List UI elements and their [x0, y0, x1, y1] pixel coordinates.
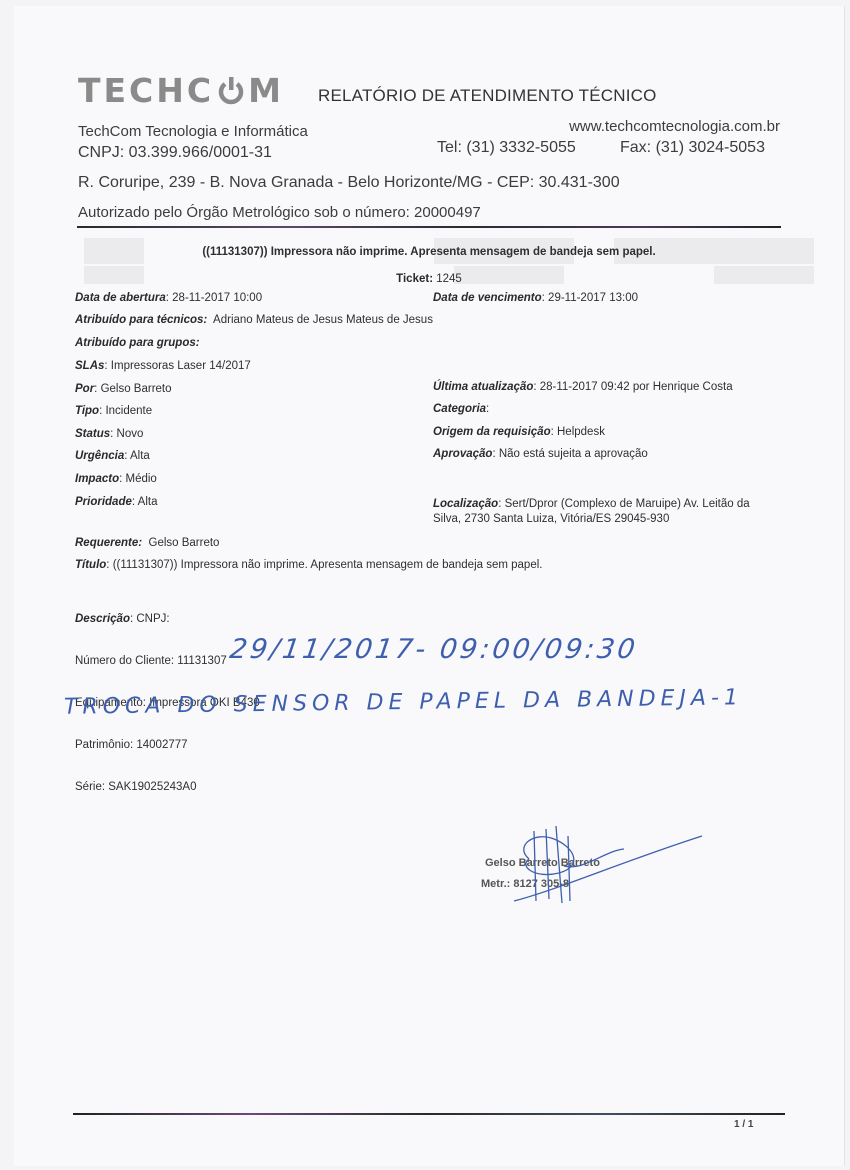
field-slas: SLAs: Impressoras Laser 14/2017 [75, 360, 251, 372]
field-label: Impacto [75, 473, 119, 485]
scanned-report-page: TECHC M RELATÓRIO DE ATENDIMENTO TÉCNICO… [14, 6, 844, 1166]
field-opening-date: Data de abertura: 28-11-2017 10:00 [75, 292, 262, 304]
company-website: www.techcomtecnologia.com.br [569, 118, 780, 135]
field-label: Por [75, 383, 94, 395]
description-line: Série: SAK19025243A0 [75, 780, 260, 794]
handwritten-signature-icon [474, 821, 704, 911]
field-label: Data de abertura [75, 292, 166, 304]
ticket-title: ((11131307)) Impressora não imprime. Apr… [14, 246, 844, 258]
header-divider [77, 226, 781, 228]
field-value: Helpdesk [557, 426, 605, 438]
field-value: Gelso Barreto [149, 537, 220, 549]
field-value: Incidente [105, 405, 152, 417]
company-phone: Tel: (31) 3332-5055 [437, 139, 576, 157]
logo-text: M [248, 71, 284, 110]
field-approval: Aprovação: Não está sujeita a aprovação [433, 448, 648, 460]
field-label: Título [75, 559, 106, 571]
ticket-number: Ticket: 1245 [14, 273, 844, 285]
field-urgency: Urgência: Alta [75, 450, 150, 462]
field-location: Localização: Sert/Dpror (Complexo de Mar… [433, 497, 778, 527]
field-requester: Requerente: Gelso Barreto [75, 537, 219, 549]
company-fax: Fax: (31) 3024-5053 [620, 139, 765, 157]
field-value: ((11131307)) Impressora não imprime. Apr… [113, 559, 543, 571]
field-label: Descrição [75, 613, 130, 625]
field-value: 29-11-2017 13:00 [548, 292, 638, 304]
field-sep: : [486, 403, 489, 415]
field-value: CNPJ: [136, 613, 169, 625]
field-category: Categoria: [433, 403, 489, 415]
field-value: 28-11-2017 10:00 [172, 292, 262, 304]
field-label: Origem da requisição [433, 426, 551, 438]
field-label: Tipo [75, 405, 99, 417]
field-assigned-groups: Atribuído para grupos: [75, 337, 200, 349]
field-value: Novo [117, 428, 144, 440]
field-label: Localização [433, 498, 498, 510]
field-last-update: Última atualização: 28-11-2017 09:42 por… [433, 381, 733, 393]
field-due-date: Data de vencimento: 29-11-2017 13:00 [433, 292, 638, 304]
field-title: Título: ((11131307)) Impressora não impr… [75, 559, 542, 571]
field-label: Última atualização [433, 381, 533, 393]
metrology-authorization: Autorizado pelo Órgão Metrológico sob o … [78, 204, 481, 221]
field-label: Prioridade [75, 496, 132, 508]
power-icon [216, 75, 246, 105]
description-line: Patrimônio: 14002777 [75, 738, 260, 752]
field-value: Impressoras Laser 14/2017 [111, 360, 251, 372]
field-priority: Prioridade: Alta [75, 496, 157, 508]
document-title: RELATÓRIO DE ATENDIMENTO TÉCNICO [318, 86, 657, 106]
field-value: Adriano Mateus de Jesus Mateus de Jesus [213, 314, 433, 326]
field-value: Médio [125, 473, 156, 485]
field-label: Aprovação [433, 448, 492, 460]
field-value: Gelso Barreto [101, 383, 172, 395]
footer-divider [73, 1113, 785, 1115]
field-label: Data de vencimento [433, 292, 542, 304]
field-value: 28-11-2017 09:42 por Henrique Costa [540, 381, 733, 393]
logo-text: TECHC [78, 71, 214, 110]
field-label: Status [75, 428, 110, 440]
field-label: Requerente: [75, 537, 142, 549]
field-label: Urgência [75, 450, 124, 462]
ticket-label: Ticket: [396, 273, 433, 285]
field-label: Categoria [433, 403, 486, 415]
company-address: R. Coruripe, 239 - B. Nova Granada - Bel… [78, 174, 620, 192]
field-value: Não está sujeita a aprovação [499, 448, 648, 460]
field-type: Tipo: Incidente [75, 405, 152, 417]
techcom-logo: TECHC M [78, 70, 284, 110]
field-impact: Impacto: Médio [75, 473, 157, 485]
field-label: Atribuído para grupos: [75, 337, 200, 349]
field-assigned-technicians: Atribuído para técnicos: Adriano Mateus … [75, 314, 433, 326]
field-label: SLAs [75, 360, 104, 372]
handwritten-date-time: 29/11/2017- 09:00/09:30 [228, 634, 640, 665]
company-name: TechCom Tecnologia e Informática [78, 123, 308, 140]
page-number: 1 / 1 [734, 1119, 753, 1130]
field-label: Atribuído para técnicos: [75, 314, 207, 326]
field-request-origin: Origem da requisição: Helpdesk [433, 426, 605, 438]
company-cnpj: CNPJ: 03.399.966/0001-31 [78, 144, 272, 162]
field-status: Status: Novo [75, 428, 143, 440]
ticket-value: 1245 [433, 273, 462, 285]
field-by: Por: Gelso Barreto [75, 383, 172, 395]
field-value: Alta [138, 496, 158, 508]
field-value: Alta [130, 450, 150, 462]
